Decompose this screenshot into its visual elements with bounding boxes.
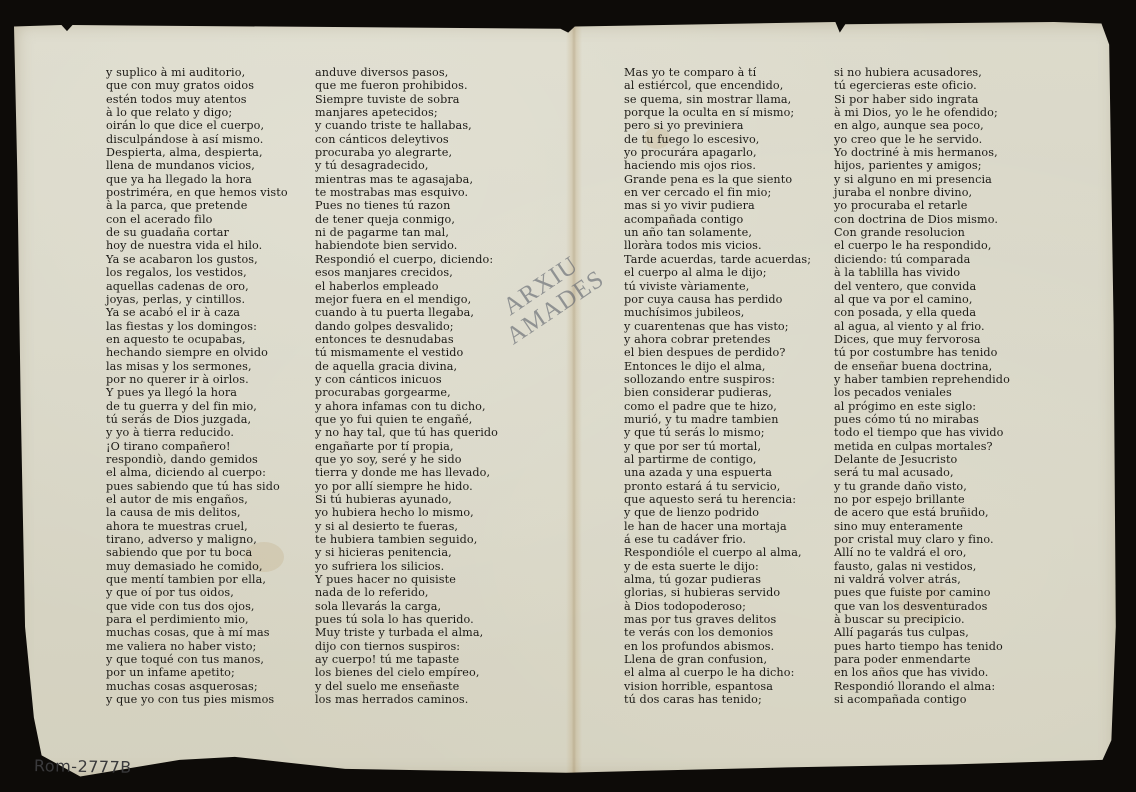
verse-line: cuando à tu puerta llegaba, — [315, 306, 498, 319]
verse-line: tú mismamente el vestido — [315, 346, 498, 359]
verse-line: disculpándose à así mismo. — [106, 133, 288, 146]
verse-line: Respondióle el cuerpo al alma, — [624, 546, 811, 559]
verse-line: pero si yo previniera — [624, 119, 811, 132]
verse-line: habiendote bien servido. — [315, 239, 498, 252]
verse-line: en aquesto te ocupabas, — [106, 333, 288, 346]
verse-line: tú egercieras este oficio. — [834, 79, 1010, 92]
verse-line: sollozando entre suspiros: — [624, 373, 811, 386]
verse-line: que yo fui quien te engañé, — [315, 413, 498, 426]
verse-line: estén todos muy atentos — [106, 93, 288, 106]
verse-line: que yo soy, seré y he sido — [315, 453, 498, 466]
verse-line: te hubiera tambien seguido, — [315, 533, 498, 546]
verse-line: sino muy enteramente — [834, 520, 1010, 533]
verse-line: los regalos, los vestidos, — [106, 266, 288, 279]
verse-line: y ahora cobrar pretendes — [624, 333, 811, 346]
verse-line: con posada, y ella queda — [834, 306, 1010, 319]
verse-line: Siempre tuviste de sobra — [315, 93, 498, 106]
verse-line: ay cuerpo! tú me tapaste — [315, 653, 498, 666]
verse-line: hoy de nuestra vida el hilo. — [106, 239, 288, 252]
verse-line: muchas cosas asquerosas; — [106, 680, 288, 693]
verse-line: las misas y los sermones, — [106, 360, 288, 373]
verse-line: y que por ser tú mortal, — [624, 440, 811, 453]
verse-line: y si hicieras penitencia, — [315, 546, 498, 559]
verse-line: llena de mundanos vicios, — [106, 159, 288, 172]
verse-line: mas por tus graves delitos — [624, 613, 811, 626]
verse-line: y tú desagradecido, — [315, 159, 498, 172]
verse-line: yo creo que le he servido. — [834, 133, 1010, 146]
verse-line: te verás con los demonios — [624, 626, 811, 639]
verse-line: que ya ha llegado la hora — [106, 173, 288, 186]
verse-line: y del suelo me enseñaste — [315, 680, 498, 693]
verse-line: y no hay tal, que tú has querido — [315, 426, 498, 439]
verse-line: y si al desierto te fueras, — [315, 520, 498, 533]
verse-line: de acero que está bruñido, — [834, 506, 1010, 519]
verse-line: ni de pagarme tan mal, — [315, 226, 498, 239]
verse-line: en ver cercado el fin mio; — [624, 186, 811, 199]
verse-line: à buscar su precipicio. — [834, 613, 1010, 626]
verse-line: respondiò, dando gemidos — [106, 453, 288, 466]
verse-line: sola llevarás la carga, — [315, 600, 498, 613]
verse-line: yo sufriera los silicios. — [315, 560, 498, 573]
verse-line: al que va por el camino, — [834, 293, 1010, 306]
verse-line: tú viviste vàriamente, — [624, 280, 811, 293]
verse-line: entonces te desnudabas — [315, 333, 498, 346]
verse-line: no por espejo brillante — [834, 493, 1010, 506]
verse-line: el alma, diciendo al cuerpo: — [106, 466, 288, 479]
verse-line: al estiércol, que encendido, — [624, 79, 811, 92]
verse-line: las fiestas y los domingos: — [106, 320, 288, 333]
verse-line: Delante de Jesucristo — [834, 453, 1010, 466]
verse-line: bien considerar pudieras, — [624, 386, 811, 399]
verse-line: el haberlos empleado — [315, 280, 498, 293]
verse-line: y que de lienzo podrido — [624, 506, 811, 519]
verse-line: à lo que relato y digo; — [106, 106, 288, 119]
verse-line: y si alguno en mi presencia — [834, 173, 1010, 186]
verse-line: Llena de gran confusion, — [624, 653, 811, 666]
shelfmark-label: Rom-2777B — [34, 756, 132, 777]
verse-line: la causa de mis delitos, — [106, 506, 288, 519]
verse-line: te mostrabas mas esquivo. — [315, 186, 498, 199]
verse-line: pues cómo tú no mirabas — [834, 413, 1010, 426]
verse-line: hechando siempre en olvido — [106, 346, 288, 359]
verse-line: y cuando triste te hallabas, — [315, 119, 498, 132]
verse-line: de tener queja conmigo, — [315, 213, 498, 226]
verse-line: Yo doctriné à mis hermanos, — [834, 146, 1010, 159]
verse-line: Grande pena es la que siento — [624, 173, 811, 186]
verse-line: Despierta, alma, despierta, — [106, 146, 288, 159]
text-column-4: si no hubiera acusadores, tú egercieras … — [834, 66, 1010, 707]
verse-line: tú por costumbre has tenido — [834, 346, 1010, 359]
text-column-1: y suplico à mi auditorio, que con muy gr… — [106, 66, 288, 707]
verse-line: metida en culpas mortales? — [834, 440, 1010, 453]
verse-line: el bien despues de perdido? — [624, 346, 811, 359]
verse-line: en los profundos abismos. — [624, 640, 811, 653]
verse-line: los bienes del cielo empíreo, — [315, 666, 498, 679]
verse-line: que me fueron prohibidos. — [315, 79, 498, 92]
verse-line: manjares apetecidos; — [315, 106, 498, 119]
verse-line: en los años que has vivido. — [834, 666, 1010, 679]
verse-line: muchísimos jubileos, — [624, 306, 811, 319]
verse-line: engañarte por tí propia, — [315, 440, 498, 453]
verse-line: tú serás de Dios juzgada, — [106, 413, 288, 426]
verse-line: Si tú hubieras ayunado, — [315, 493, 498, 506]
verse-line: Tarde acuerdas, tarde acuerdas; — [624, 253, 811, 266]
verse-line: tirano, adverso y maligno, — [106, 533, 288, 546]
verse-line: y que tú serás lo mismo; — [624, 426, 811, 439]
verse-line: y tu grande daño visto, — [834, 480, 1010, 493]
verse-line: Con grande resolucion — [834, 226, 1010, 239]
verse-line: Ya se acabó el ir à caza — [106, 306, 288, 319]
verse-line: tú dos caras has tenido; — [624, 693, 811, 706]
verse-line: Mas yo te comparo à tí — [624, 66, 811, 79]
verse-line: los pecados veniales — [834, 386, 1010, 399]
verse-line: Y pues ya llegó la hora — [106, 386, 288, 399]
verse-line: glorias, si hubieras servido — [624, 586, 811, 599]
verse-line: alma, tú gozar pudieras — [624, 573, 811, 586]
verse-line: diciendo: tú comparada — [834, 253, 1010, 266]
verse-line: Pues no tienes tú razon — [315, 199, 498, 212]
verse-line: el alma al cuerpo le ha dicho: — [624, 666, 811, 679]
verse-line: pues sabiendo que tú has sido — [106, 480, 288, 493]
verse-line: el cuerpo al alma le dijo; — [624, 266, 811, 279]
verse-line: para poder enmendarte — [834, 653, 1010, 666]
verse-line: me valiera no haber visto; — [106, 640, 288, 653]
verse-line: que mentí tambien por ella, — [106, 573, 288, 586]
verse-line: de su guadaña cortar — [106, 226, 288, 239]
verse-line: mas si yo vivir pudiera — [624, 199, 811, 212]
verse-line: muy demasiado he comido, — [106, 560, 288, 573]
verse-line: porque la oculta en sí mismo; — [624, 106, 811, 119]
verse-line: lloràra todos mis vicios. — [624, 239, 811, 252]
verse-line: al prógimo en este siglo: — [834, 400, 1010, 413]
verse-line: joyas, perlas, y cintillos. — [106, 293, 288, 306]
verse-line: todo el tiempo que has vivido — [834, 426, 1010, 439]
verse-line: si no hubiera acusadores, — [834, 66, 1010, 79]
verse-line: los mas herrados caminos. — [315, 693, 498, 706]
verse-line: el cuerpo le ha respondido, — [834, 239, 1010, 252]
verse-line: y ahora infamas con tu dicho, — [315, 400, 498, 413]
verse-line: Respondió llorando el alma: — [834, 680, 1010, 693]
verse-line: esos manjares crecidos, — [315, 266, 498, 279]
verse-line: acompañada contigo — [624, 213, 811, 226]
verse-line: aquellas cadenas de oro, — [106, 280, 288, 293]
verse-line: del ventero, que convida — [834, 280, 1010, 293]
verse-line: y con cánticos inicuos — [315, 373, 498, 386]
verse-line: si acompañada contigo — [834, 693, 1010, 706]
verse-line: pues harto tiempo has tenido — [834, 640, 1010, 653]
verse-line: el autor de mis engaños, — [106, 493, 288, 506]
verse-line: al partirme de contigo, — [624, 453, 811, 466]
verse-line: Y pues hacer no quisiste — [315, 573, 498, 586]
verse-line: dijo con tiernos suspiros: — [315, 640, 498, 653]
verse-line: Respondió el cuerpo, diciendo: — [315, 253, 498, 266]
verse-line: por cristal muy claro y fino. — [834, 533, 1010, 546]
verse-line: y suplico à mi auditorio, — [106, 66, 288, 79]
verse-line: oirán lo que dice el cuerpo, — [106, 119, 288, 132]
verse-line: con cánticos deleytivos — [315, 133, 498, 146]
verse-line: Allí pagarás tus culpas, — [834, 626, 1010, 639]
verse-line: que vide con tus dos ojos, — [106, 600, 288, 613]
verse-line: por cuya causa has perdido — [624, 293, 811, 306]
verse-line: à Dios todopoderoso; — [624, 600, 811, 613]
verse-line: y yo à tierra reducido. — [106, 426, 288, 439]
verse-line: Dices, que muy fervorosa — [834, 333, 1010, 346]
verse-line: à la tablilla has vivido — [834, 266, 1010, 279]
verse-line: juraba el nonbre divino, — [834, 186, 1010, 199]
verse-line: que van los desventurados — [834, 600, 1010, 613]
verse-line: con el acerado filo — [106, 213, 288, 226]
verse-line: yo por allí siempre he hido. — [315, 480, 498, 493]
verse-line: mientras mas te agasajaba, — [315, 173, 498, 186]
verse-line: procuraba yo alegrarte, — [315, 146, 498, 159]
verse-line: mejor fuera en el mendigo, — [315, 293, 498, 306]
verse-line: y que oí por tus oidos, — [106, 586, 288, 599]
verse-line: anduve diversos pasos, — [315, 66, 498, 79]
verse-line: Muy triste y turbada el alma, — [315, 626, 498, 639]
text-column-2: anduve diversos pasos, que me fueron pro… — [315, 66, 498, 707]
verse-line: à mi Dios, yo le he ofendido; — [834, 106, 1010, 119]
verse-line: una azada y una espuerta — [624, 466, 811, 479]
verse-line: de aquella gracia divina, — [315, 360, 498, 373]
verse-line: pues tú sola lo has querido. — [315, 613, 498, 626]
verse-line: yo hubiera hecho lo mismo, — [315, 506, 498, 519]
verse-line: y que toqué con tus manos, — [106, 653, 288, 666]
verse-line: de tu guerra y del fin mio, — [106, 400, 288, 413]
verse-line: tierra y donde me has llevado, — [315, 466, 498, 479]
center-fold — [566, 22, 582, 778]
verse-line: yo procuraba el retarle — [834, 199, 1010, 212]
verse-line: un año tan solamente, — [624, 226, 811, 239]
verse-line: pues que fuiste por camino — [834, 586, 1010, 599]
verse-line: haciendo mis ojos rios. — [624, 159, 811, 172]
text-column-3: Mas yo te comparo à tí al estiércol, que… — [624, 66, 811, 707]
verse-line: sabiendo que por tu boca — [106, 546, 288, 559]
verse-line: hijos, parientes y amigos; — [834, 159, 1010, 172]
verse-line: postriméra, en que hemos visto — [106, 186, 288, 199]
verse-line: en algo, aunque sea poco, — [834, 119, 1010, 132]
verse-line: de tu fuego lo escesivo, — [624, 133, 811, 146]
scanned-document: y suplico à mi auditorio, que con muy gr… — [0, 0, 1136, 792]
verse-line: Entonces le dijo el alma, — [624, 360, 811, 373]
verse-line: pronto estará á tu servicio, — [624, 480, 811, 493]
verse-line: Ya se acabaron los gustos, — [106, 253, 288, 266]
verse-line: nada de lo referido, — [315, 586, 498, 599]
verse-line: que con muy gratos oidos — [106, 79, 288, 92]
verse-line: se quema, sin mostrar llama, — [624, 93, 811, 106]
verse-line: y que yo con tus pies mismos — [106, 693, 288, 706]
verse-line: murió, y tu madre tambien — [624, 413, 811, 426]
verse-line: fausto, galas ni vestidos, — [834, 560, 1010, 573]
verse-line: por un infame apetito; — [106, 666, 288, 679]
verse-line: al agua, al viento y al frio. — [834, 320, 1010, 333]
verse-line: ¡O tirano compañero! — [106, 440, 288, 453]
verse-line: yo procurára apagarlo, — [624, 146, 811, 159]
verse-line: que aquesto será tu herencia: — [624, 493, 811, 506]
verse-line: procurabas gorgearme, — [315, 386, 498, 399]
verse-line: y cuarentenas que has visto; — [624, 320, 811, 333]
verse-line: y haber tambien reprehendido — [834, 373, 1010, 386]
verse-line: por no querer ir à oirlos. — [106, 373, 288, 386]
verse-line: Si por haber sido ingrata — [834, 93, 1010, 106]
verse-line: á ese tu cadáver frio. — [624, 533, 811, 546]
verse-line: vision horrible, espantosa — [624, 680, 811, 693]
verse-line: ni valdrá volver atrás, — [834, 573, 1010, 586]
verse-line: con doctrina de Dios mismo. — [834, 213, 1010, 226]
verse-line: será tu mal acusado, — [834, 466, 1010, 479]
verse-line: como el padre que te hizo, — [624, 400, 811, 413]
verse-line: à la parca, que pretende — [106, 199, 288, 212]
verse-line: para el perdimiento mio, — [106, 613, 288, 626]
verse-line: y de esta suerte le dijo: — [624, 560, 811, 573]
verse-line: muchas cosas, que à mí mas — [106, 626, 288, 639]
verse-line: le han de hacer una mortaja — [624, 520, 811, 533]
verse-line: ahora te muestras cruel, — [106, 520, 288, 533]
verse-line: dando golpes desvalido; — [315, 320, 498, 333]
verse-line: de enseñar buena doctrina, — [834, 360, 1010, 373]
verse-line: Allí no te valdrá el oro, — [834, 546, 1010, 559]
